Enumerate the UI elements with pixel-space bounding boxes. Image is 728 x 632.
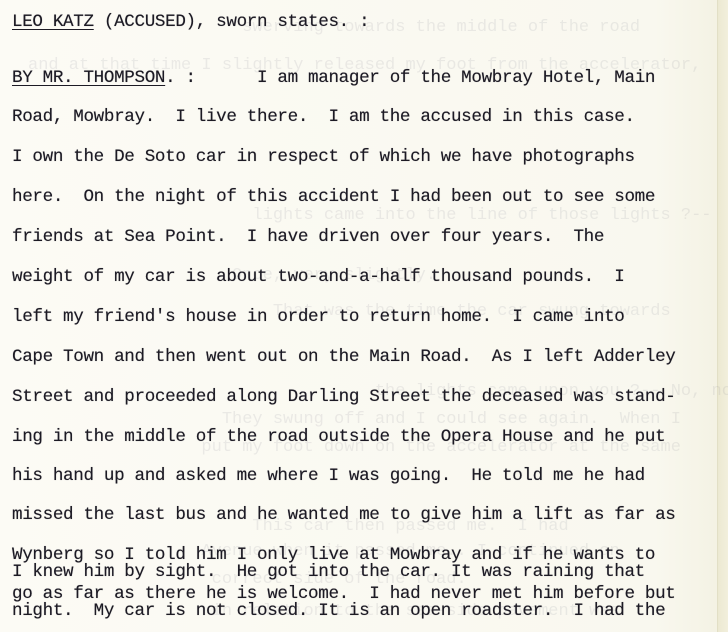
testimony-line: I own the De Soto car in respect of whic… [12, 146, 635, 168]
testimony-line: ing in the middle of the road outside th… [12, 426, 665, 448]
witness-heading-rest: (ACCUSED), sworn states. : [94, 12, 370, 32]
examiner-line: BY MR. THOMPSON. : I am manager of the M… [12, 67, 655, 89]
page-edge [717, 0, 728, 632]
testimony-line: night. My car is not closed. It is an op… [12, 600, 665, 622]
testimony-line: left my friend's house in order to retur… [12, 306, 624, 328]
witness-name: LEO KATZ [12, 12, 94, 32]
examiner-label: BY MR. THOMPSON [12, 68, 165, 88]
testimony-line: I knew him by sight. He got into the car… [12, 561, 645, 583]
testimony-line: missed the last bus and he wanted me to … [12, 504, 676, 526]
document-page: swerving towards the middle of the road … [0, 0, 728, 632]
witness-heading: LEO KATZ (ACCUSED), sworn states. : [12, 11, 369, 33]
testimony-line: Street and proceeded along Darling Stree… [12, 386, 676, 408]
testimony-line: his hand up and asked me where I was goi… [12, 465, 645, 487]
testimony-line: Cape Town and then went out on the Main … [12, 346, 676, 368]
testimony-line: weight of my car is about two-and-a-half… [12, 266, 624, 288]
testimony-line: here. On the night of this accident I ha… [12, 186, 655, 208]
testimony-line: Road, Mowbray. I live there. I am the ac… [12, 106, 635, 128]
testimony-line: friends at Sea Point. I have driven over… [12, 226, 604, 248]
examiner-line-rest: . : I am manager of the Mowbray Hotel, M… [165, 68, 655, 88]
